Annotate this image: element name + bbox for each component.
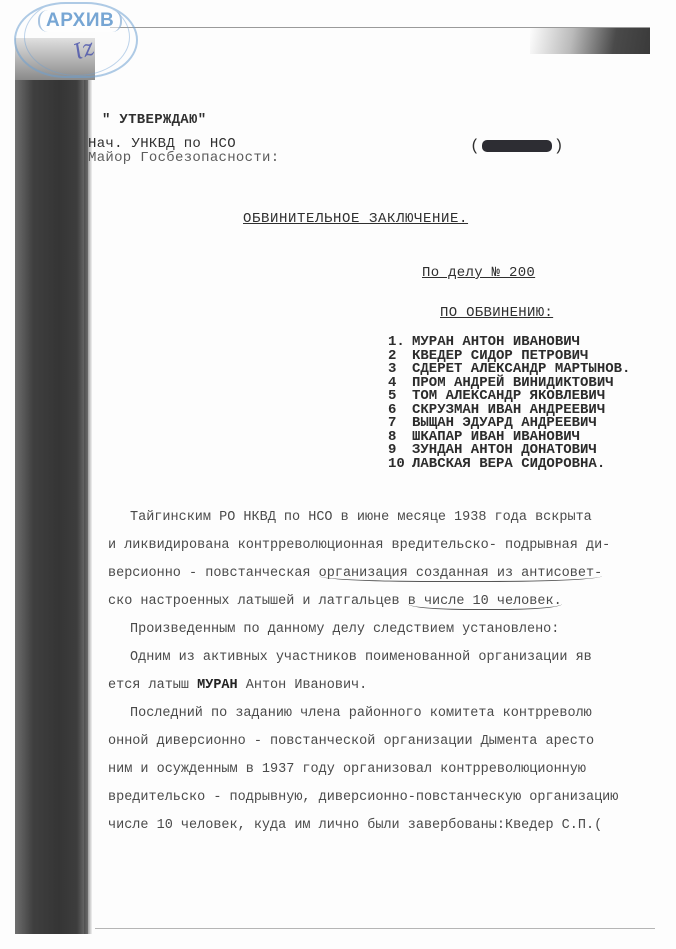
document-title: ОБВИНИТЕЛЬНОЕ ЗАКЛЮЧЕНИЕ. (243, 211, 468, 227)
accused-name: ЛАВСКАЯ ВЕРА СИДОРОВНА. (412, 456, 605, 472)
body-line: вредительско - подрывную, диверсионно-по… (108, 784, 668, 812)
redacted-signature: () (470, 137, 564, 155)
stamp-label: АРХИВ (38, 10, 122, 32)
body-line: ется латыш МУРАН Антон Иванович. (108, 672, 668, 700)
case-number: По делу № 200 (422, 265, 535, 281)
accused-list: 1.МУРАН АНТОН ИВАНОВИЧ 2КВЕДЕР СИДОР ПЕТ… (388, 336, 630, 471)
body-line: Одним из активных участников поименованн… (108, 644, 668, 672)
archive-stamp: АРХИВ Ɩz (14, 2, 138, 78)
body-line: онной диверсионно - повстанческой органи… (108, 728, 668, 756)
scanned-document-page: АРХИВ Ɩz " УТВЕРЖДАЮ" Нач. УНКВД по НСО … (0, 0, 676, 949)
body-text-segment: Антон Иванович. (238, 678, 368, 693)
document-body: Тайгинским РО НКВД по НСО в июне месяце … (108, 504, 668, 840)
body-line: версионно - повстанческая организация со… (108, 560, 668, 588)
body-line: Произведенным по данному делу следствием… (108, 616, 668, 644)
body-text-segment: ско настроенных латышей и латгальцев (108, 594, 408, 609)
scan-shadow-top-right (530, 28, 650, 54)
charge-heading: ПО ОБВИНЕНИЮ: (440, 305, 553, 321)
handwritten-underline-segment: организация созданная из антисовет- (319, 566, 603, 582)
redacted-open-paren: ( (470, 137, 480, 155)
approval-heading: " УТВЕРЖДАЮ" (102, 112, 206, 128)
scan-shadow-left-edge (84, 80, 92, 934)
body-line: ско настроенных латышей и латгальцев в ч… (108, 588, 668, 616)
body-line: Последний по заданию члена районного ком… (108, 700, 668, 728)
body-line: и ликвидирована контрреволюционная вреди… (108, 532, 668, 560)
approver-title-line2: Майор Госбезопасности: (88, 150, 279, 166)
scan-bottom-edge (95, 928, 655, 929)
scan-shadow-left-band (15, 80, 88, 934)
redacted-close-paren: ) (554, 137, 564, 155)
redaction-bar (482, 140, 552, 152)
body-text-segment: версионно - повстанческая (108, 566, 319, 581)
handwritten-underline-segment: в числе 10 человек. (408, 594, 562, 610)
body-line: числе 10 человек, куда им лично были зав… (108, 812, 668, 840)
accused-item: 10ЛАВСКАЯ ВЕРА СИДОРОВНА. (388, 458, 630, 472)
accused-name-emphasis: МУРАН (197, 678, 238, 693)
body-line: Тайгинским РО НКВД по НСО в июне месяце … (108, 504, 668, 532)
body-text-segment: ется латыш (108, 678, 197, 693)
body-line: ним и осужденным в 1937 году организовал… (108, 756, 668, 784)
accused-number: 10 (388, 458, 412, 472)
